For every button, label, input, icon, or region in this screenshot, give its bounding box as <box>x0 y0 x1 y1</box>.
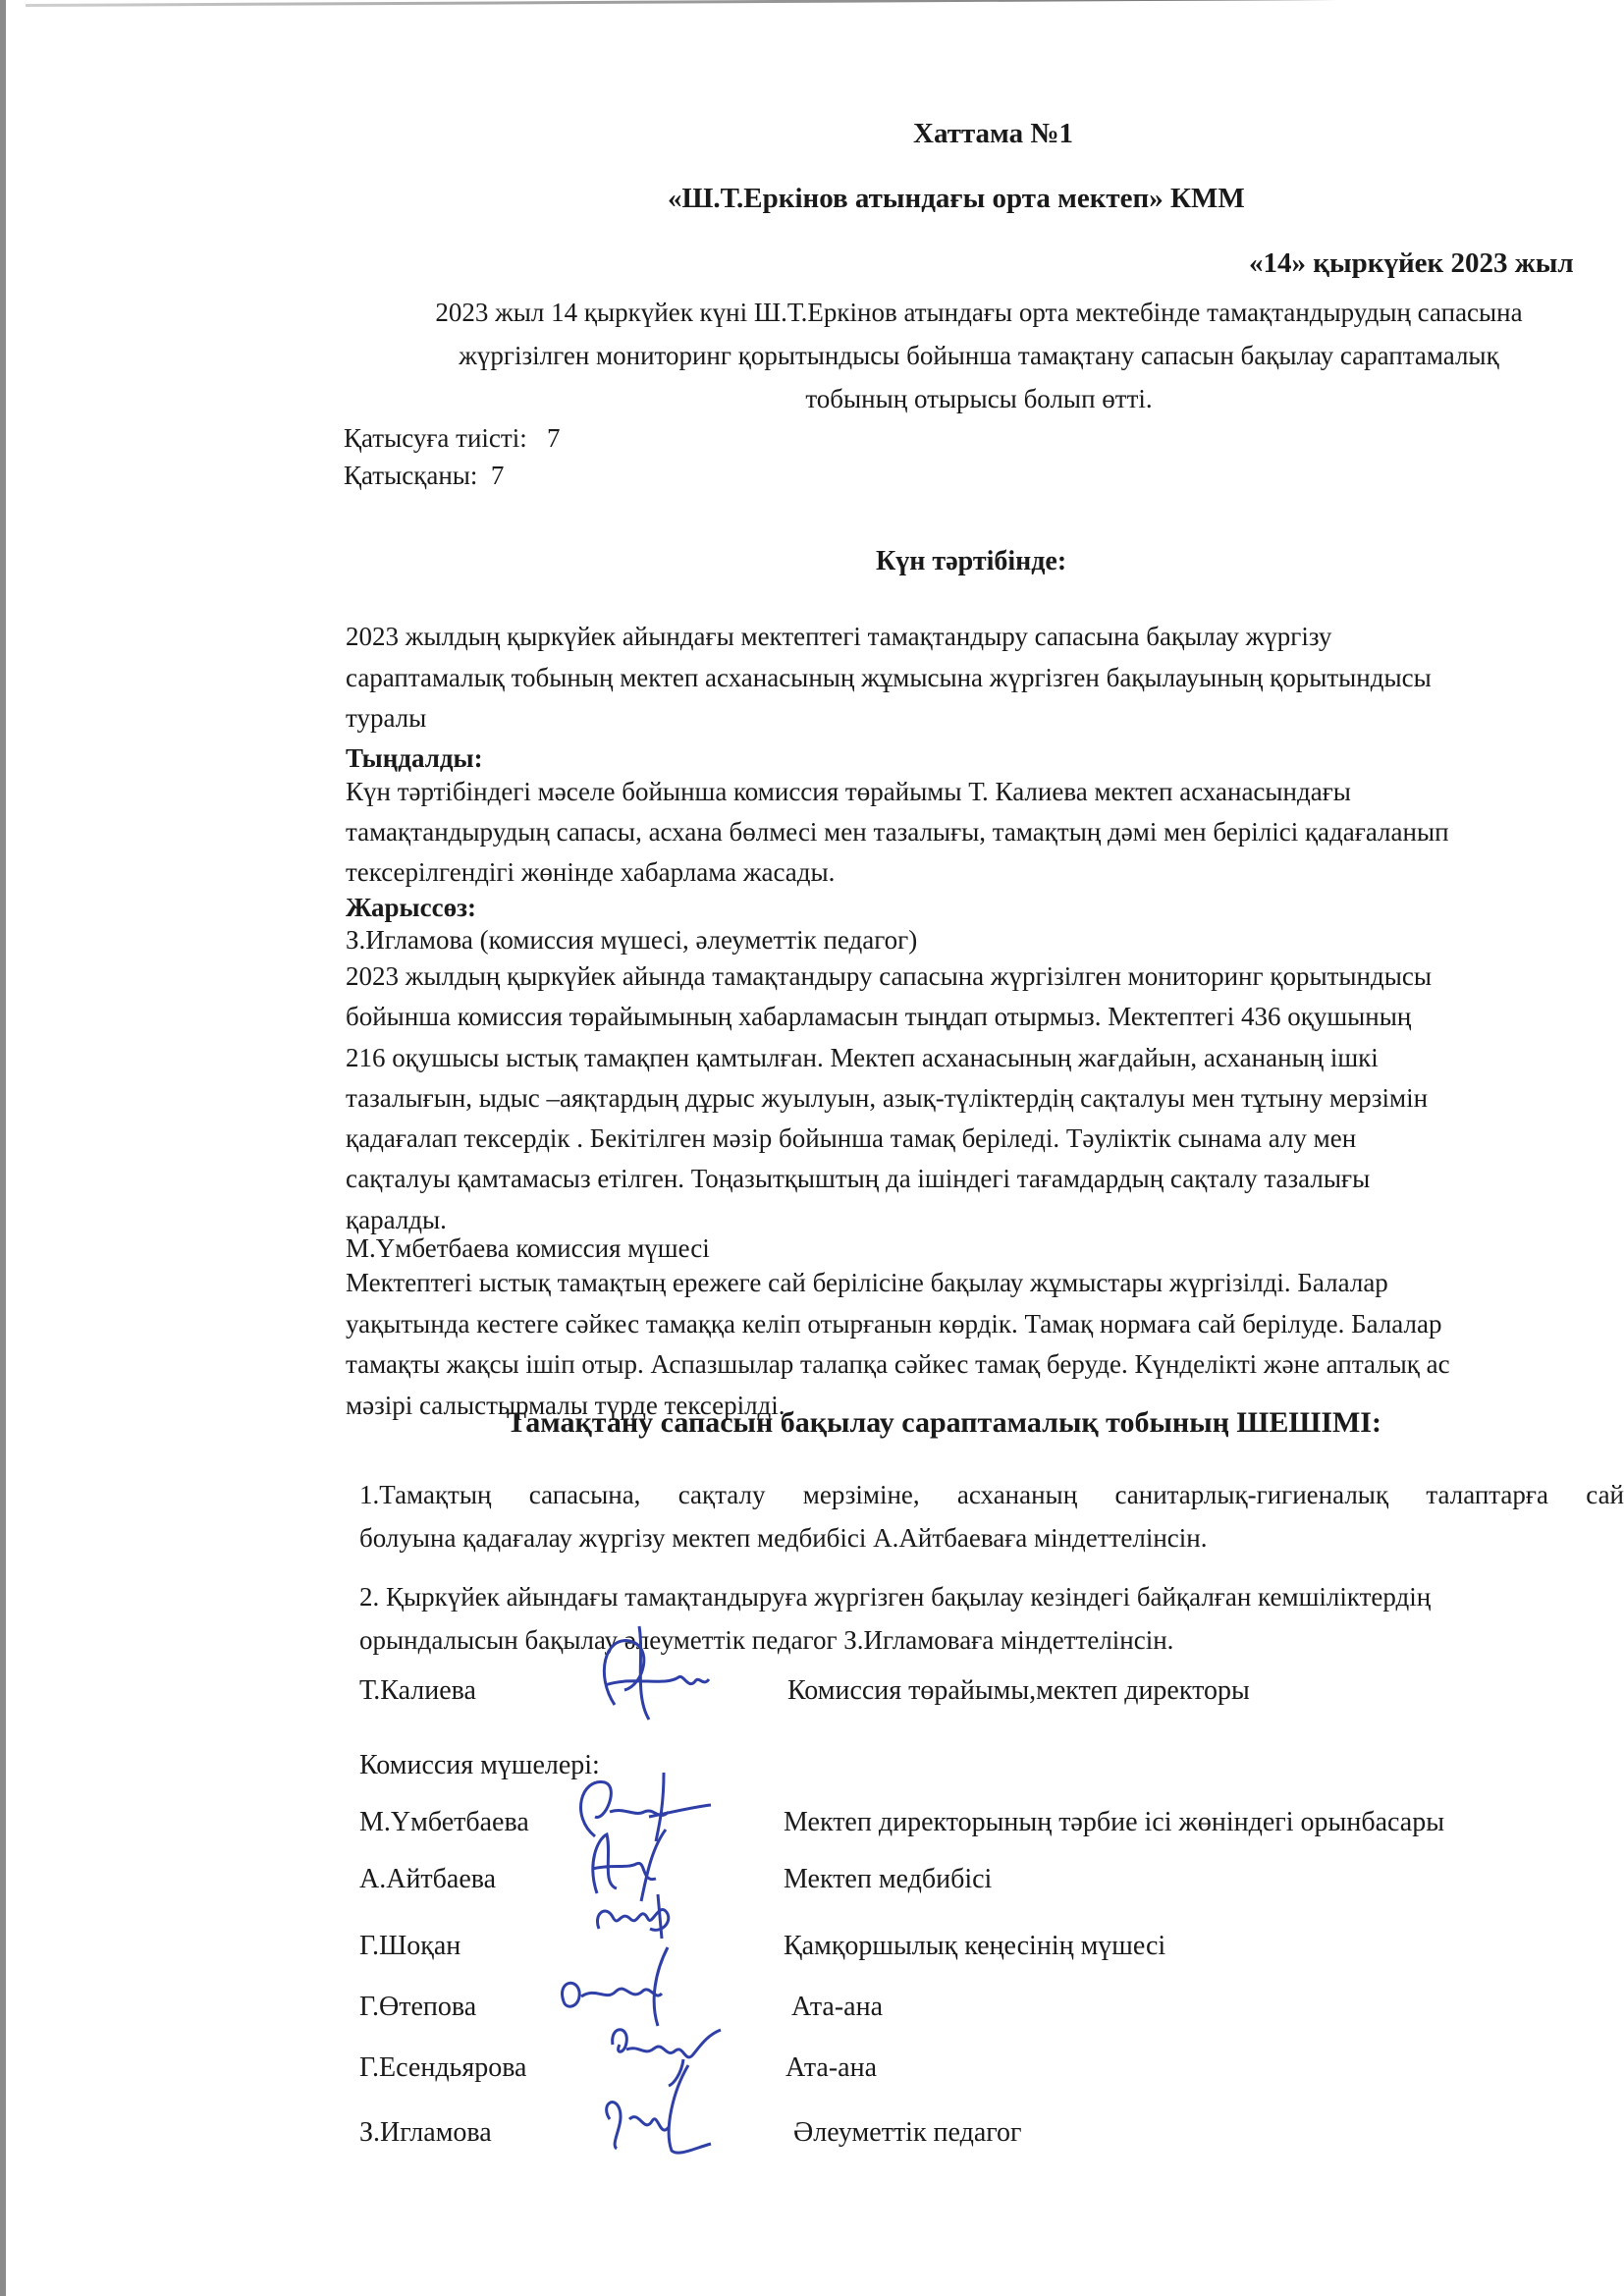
intro-paragraph: 2023 жыл 14 қыркүйек күні Ш.Т.Еркінов ат… <box>334 291 1624 420</box>
signatory-role: Ата-ана <box>785 2052 877 2084</box>
intro-line: жүргізілген мониторинг қорытындысы бойын… <box>334 334 1624 377</box>
decision-line: орындалысын бақылау әлеуметтік педагог З… <box>359 1618 1624 1662</box>
signatory-name: А.Айтбаева <box>359 1864 496 1895</box>
decision-item-1: 1.Тамақтың сапасына, сақталу мерзіміне, … <box>359 1473 1624 1559</box>
agenda-line: сараптамалық тобының мектеп асханасының … <box>346 658 1593 699</box>
attendance-expected-value: 7 <box>547 423 561 453</box>
signatory-name: Г.Өтепова <box>359 1992 476 2023</box>
speech-line: 2023 жылдың қыркүйек айында тамақтандыру… <box>346 957 1593 997</box>
discussion-section: Жарыссөз: <box>346 890 1593 925</box>
agenda-text: 2023 жылдың қыркүйек айындағы мектептегі… <box>346 617 1593 739</box>
agenda-line: 2023 жылдың қыркүйек айындағы мектептегі… <box>346 617 1593 658</box>
document-title: Хаттама №1 <box>913 118 1073 150</box>
speech-line: тазалығын, ыдыс –аяқтардың дұрыс жуылуын… <box>346 1078 1593 1119</box>
signatory-role: Комиссия төрайымы,мектеп директоры <box>787 1675 1250 1707</box>
speech-line: 216 оқушысы ыстық тамақпен қамтылған. Ме… <box>346 1038 1593 1078</box>
heard-line: тамақтандырудың сапасы, асхана бөлмесі м… <box>346 812 1593 852</box>
document-date: «14» қыркүйек 2023 жыл <box>1249 247 1574 280</box>
signatory-name: Г.Шоқан <box>359 1931 460 1962</box>
speaker-name: М.Үмбетбаева комиссия мүшесі <box>346 1231 1593 1265</box>
signatory-role: Мектеп директорының тәрбие ісі жөніндегі… <box>784 1807 1444 1838</box>
discussion-heading: Жарыссөз: <box>346 890 1593 925</box>
speech-line: сақталуы қамтамасыз етілген. Тоңазытқышт… <box>346 1159 1593 1199</box>
speaker-1-name-block: З.Игламова (комиссия мүшесі, әлеуметтік … <box>346 923 1593 957</box>
signatory-name: М.Үмбетбаева <box>359 1807 529 1838</box>
decision-line: 1.Тамақтың сапасына, сақталу мерзіміне, … <box>359 1473 1624 1516</box>
speech-line: қадағалап тексердік . Бекітілген мәзір б… <box>346 1119 1593 1159</box>
signatory-role: Мектеп медбибісі <box>784 1864 992 1895</box>
speech-line: Мектептегі ыстық тамақтың ережеге сай бе… <box>346 1263 1593 1304</box>
decision-item-2: 2. Қыркүйек айындағы тамақтандыруға жүрг… <box>359 1575 1624 1662</box>
handwritten-signature-icon <box>595 2060 713 2166</box>
signatory-name: Г.Есендьярова <box>359 2052 527 2084</box>
heard-section: Тыңдалды: <box>346 740 1593 776</box>
heard-heading: Тыңдалды: <box>346 740 1593 776</box>
signatory-name: З.Игламова <box>359 2117 492 2149</box>
speech-line: тамақты жақсы ішіп отыр. Аспазшылар тала… <box>346 1344 1593 1386</box>
decision-heading: Тамақтану сапасын бақылау сараптамалық т… <box>507 1406 1381 1440</box>
speaker-1-text: 2023 жылдың қыркүйек айында тамақтандыру… <box>346 957 1593 1240</box>
speech-line: уақытында кестеге сәйкес тамаққа келіп о… <box>346 1304 1593 1345</box>
attendance-present-label: Қатысқаны: <box>344 461 477 490</box>
signatory-name: Т.Калиева <box>359 1675 476 1707</box>
speaker-2-text: Мектептегі ыстық тамақтың ережеге сай бе… <box>346 1263 1593 1426</box>
scan-artifact-line <box>26 0 1439 7</box>
signatory-role: Әлеуметтік педагог <box>793 2117 1022 2149</box>
agenda-heading: Күн тәртібінде: <box>876 546 1066 577</box>
signatory-role: Қамқоршылық кеңесінің мүшесі <box>784 1931 1165 1962</box>
intro-line: 2023 жыл 14 қыркүйек күні Ш.Т.Еркінов ат… <box>334 291 1624 334</box>
agenda-line: туралы <box>346 698 1593 739</box>
attendance-present: Қатысқаны: 7 <box>344 454 504 497</box>
intro-line: тобының отырысы болып өтті. <box>334 377 1624 420</box>
organization-name: «Ш.Т.Еркінов атындағы орта мектеп» КММ <box>668 183 1245 215</box>
handwritten-signature-icon <box>585 1616 713 1732</box>
decision-line: 2. Қыркүйек айындағы тамақтандыруға жүрг… <box>359 1575 1624 1618</box>
signatory-role: Ата-ана <box>791 1992 883 2023</box>
scan-edge <box>0 0 6 2296</box>
attendance-expected-label: Қатысуға тиісті: <box>344 423 527 453</box>
decision-line: болуына қадағалау жүргізу мектеп медбибі… <box>359 1516 1624 1559</box>
speaker-2-name-block: М.Үмбетбаева комиссия мүшесі <box>346 1231 1593 1265</box>
members-heading: Комиссия мүшелері: <box>359 1750 600 1781</box>
heard-line: тексерілгендігі жөнінде хабарлама жасады… <box>346 852 1593 893</box>
speech-line: бойынша комиссия төрайымының хабарламасы… <box>346 997 1593 1037</box>
speaker-name: З.Игламова (комиссия мүшесі, әлеуметтік … <box>346 923 1593 957</box>
attendance-present-value: 7 <box>491 461 505 490</box>
heard-line: Күн тәртібіндегі мәселе бойынша комиссия… <box>346 772 1593 812</box>
heard-text: Күн тәртібіндегі мәселе бойынша комиссия… <box>346 772 1593 893</box>
